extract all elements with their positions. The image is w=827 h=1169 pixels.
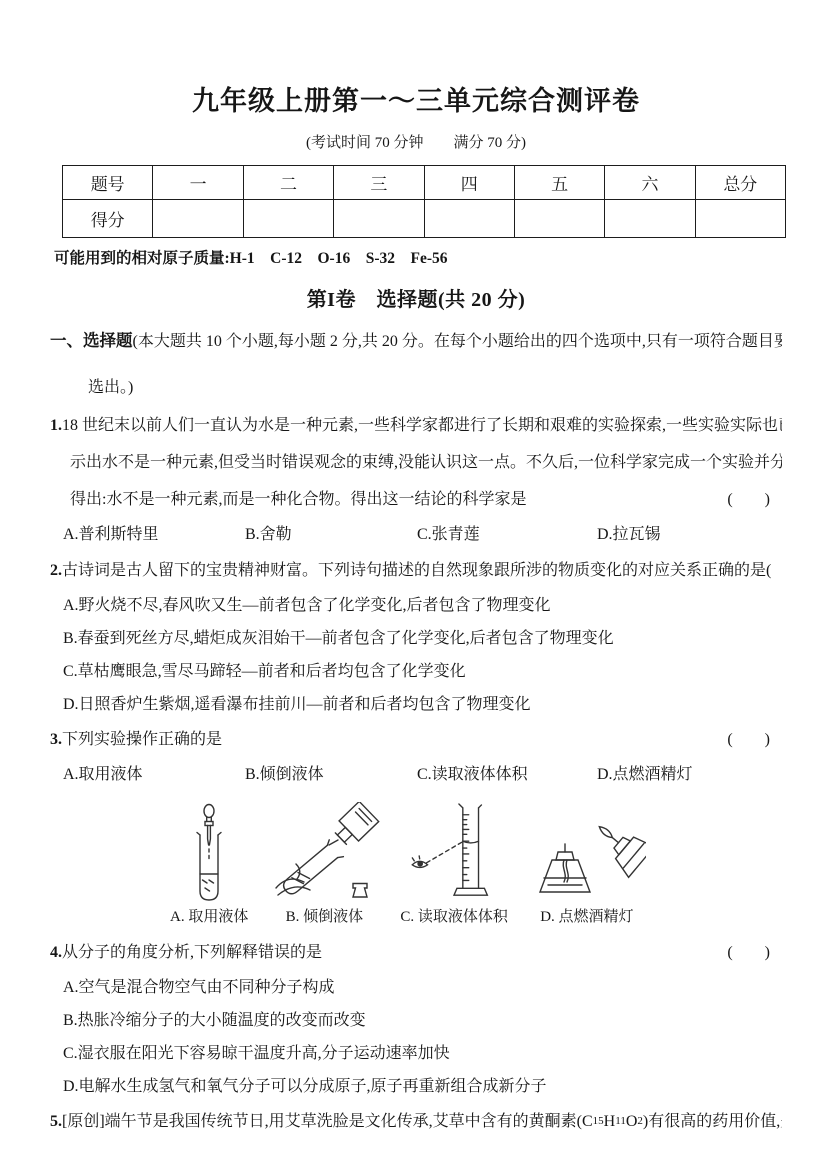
option-d: D.拉瓦锡 bbox=[597, 518, 782, 552]
score-table-cell-6: 六 bbox=[605, 166, 695, 200]
question-text: )有很高的药用价值,关于黄 bbox=[643, 1103, 782, 1140]
graduated-cylinder-eye-illustration bbox=[410, 802, 498, 904]
question-3-figures: A. 取用液体 bbox=[170, 802, 782, 928]
score-table-score-row: 得分 bbox=[63, 200, 786, 238]
question-number: 5. bbox=[50, 1103, 62, 1140]
option-a: A.普利斯特里 bbox=[63, 518, 245, 552]
question-text: 3.下列实验操作正确的是 bbox=[50, 721, 222, 758]
question-1: 1.18 世纪末以前人们一直认为水是一种元素,一些科学家都进行了长期和艰难的实验… bbox=[50, 407, 782, 552]
figure-read-volume: C. 读取液体体积 bbox=[400, 802, 508, 928]
question-5: 5.[原创]端午节是我国传统节日,用艾草洗脸是文化传承,艾草中含有的黄酮素(C1… bbox=[50, 1103, 782, 1140]
question-1-line-1: 1.18 世纪末以前人们一直认为水是一种元素,一些科学家都进行了长期和艰难的实验… bbox=[50, 407, 782, 444]
option-d: D.日照香炉生紫烟,遥看瀑布挂前川—前者和后者均包含了物理变化 bbox=[50, 688, 782, 721]
section-heading: 第I卷 选择题(共 20 分) bbox=[50, 286, 782, 314]
option-d: D.电解水生成氢气和氧气分子可以分成原子,原子再重新组合成新分子 bbox=[50, 1070, 782, 1103]
alcohol-lamp-lighting-illustration bbox=[528, 802, 646, 904]
question-text: 得出:水不是一种元素,而是一种化合物。得出这一结论的科学家是 bbox=[70, 481, 526, 518]
question-4: 4.从分子的角度分析,下列解释错误的是( ) A.空气是混合物空气由不同种分子构… bbox=[50, 934, 782, 1103]
question-1-line-2: 示出水不是一种元素,但受当时错误观念的束缚,没能认识这一点。不久后,一位科学家完… bbox=[50, 444, 782, 481]
part-note: (本大题共 10 个小题,每小题 2 分,共 20 分。在每个小题给出的四个选项… bbox=[133, 333, 783, 350]
option-d: D.点燃酒精灯 bbox=[597, 758, 782, 792]
score-table-cell-5: 五 bbox=[514, 166, 604, 200]
question-text: H bbox=[604, 1103, 616, 1140]
question-text: 下列实验操作正确的是 bbox=[62, 731, 222, 748]
pouring-liquid-illustration bbox=[268, 802, 380, 904]
question-3-stem: 3.下列实验操作正确的是( ) bbox=[50, 721, 782, 758]
question-3-options: A.取用液体 B.倾倒液体 C.读取液体体积 D.点燃酒精灯 bbox=[50, 758, 782, 792]
answer-bracket: ( ) bbox=[727, 481, 782, 518]
option-b: B.倾倒液体 bbox=[245, 758, 417, 792]
question-2: 2.古诗词是古人留下的宝贵精神财富。下列诗句描述的自然现象跟所涉的物质变化的对应… bbox=[50, 552, 782, 721]
option-b: B.热胀冷缩分子的大小随温度的改变而改变 bbox=[50, 1004, 782, 1037]
option-a: A.野火烧不尽,春风吹又生—前者包含了化学变化,后者包含了物理变化 bbox=[50, 589, 782, 622]
dropper-test-tube-illustration bbox=[181, 802, 237, 904]
question-1-line-3: 得出:水不是一种元素,而是一种化合物。得出这一结论的科学家是( ) bbox=[50, 481, 782, 518]
question-text: 2.古诗词是古人留下的宝贵精神财富。下列诗句描述的自然现象跟所涉的物质变化的对应… bbox=[50, 552, 766, 589]
question-text: 古诗词是古人留下的宝贵精神财富。下列诗句描述的自然现象跟所涉的物质变化的对应关系… bbox=[62, 562, 766, 579]
question-text: 18 世纪末以前人们一直认为水是一种元素,一些科学家都进行了长期和艰难的实验探索… bbox=[62, 417, 782, 434]
score-table-cell-label: 题号 bbox=[63, 166, 153, 200]
exam-paper-page: 九年级上册第一～三单元综合测评卷 (考试时间 70 分钟 满分 70 分) 题号… bbox=[0, 0, 827, 1169]
part-instruction-line1: 一、选择题(本大题共 10 个小题,每小题 2 分,共 20 分。在每个小题给出… bbox=[50, 322, 782, 361]
figure-caption: C. 读取液体体积 bbox=[400, 906, 508, 928]
page-title: 九年级上册第一～三单元综合测评卷 bbox=[50, 84, 782, 118]
score-table-cell-3: 三 bbox=[334, 166, 424, 200]
score-cell-empty bbox=[695, 200, 785, 238]
score-table-header-row: 题号 一 二 三 四 五 六 总分 bbox=[63, 166, 786, 200]
atomic-mass-note: 可能用到的相对原子质量:H-1 C-12 O-16 S-32 Fe-56 bbox=[54, 248, 782, 270]
question-number: 1. bbox=[50, 417, 62, 434]
score-cell-empty bbox=[334, 200, 424, 238]
answer-bracket: ( ) bbox=[766, 552, 782, 589]
option-b: B.春蚕到死丝方尽,蜡炬成灰泪始干—前者包含了化学变化,后者包含了物理变化 bbox=[50, 622, 782, 655]
score-table-cell-total: 总分 bbox=[695, 166, 785, 200]
score-table-cell-4: 四 bbox=[424, 166, 514, 200]
question-text: 从分子的角度分析,下列解释错误的是 bbox=[62, 944, 322, 961]
question-number: 2. bbox=[50, 562, 62, 579]
score-table-cell-1: 一 bbox=[153, 166, 243, 200]
score-table-cell-2: 二 bbox=[243, 166, 333, 200]
score-cell-empty bbox=[424, 200, 514, 238]
score-row-label: 得分 bbox=[63, 200, 153, 238]
question-1-options: A.普利斯特里 B.舍勒 C.张青莲 D.拉瓦锡 bbox=[50, 518, 782, 552]
option-c: C.湿衣服在阳光下容易晾干温度升高,分子运动速率加快 bbox=[50, 1037, 782, 1070]
score-cell-empty bbox=[605, 200, 695, 238]
figure-light-lamp: D. 点燃酒精灯 bbox=[528, 802, 646, 928]
option-b: B.舍勒 bbox=[245, 518, 417, 552]
option-a: A.空气是混合物空气由不同种分子构成 bbox=[50, 971, 782, 1004]
option-c: C.草枯鹰眼急,雪尽马蹄轻—前者和后者均包含了化学变化 bbox=[50, 655, 782, 688]
score-cell-empty bbox=[514, 200, 604, 238]
question-number: 3. bbox=[50, 731, 62, 748]
figure-pour-liquid: B. 倾倒液体 bbox=[268, 802, 380, 928]
figure-caption: D. 点燃酒精灯 bbox=[540, 906, 633, 928]
part-title: 一、选择题 bbox=[50, 331, 133, 350]
option-c: C.读取液体体积 bbox=[417, 758, 597, 792]
figure-take-liquid: A. 取用液体 bbox=[170, 802, 248, 928]
answer-bracket: ( ) bbox=[727, 934, 782, 971]
exam-info: (考试时间 70 分钟 满分 70 分) bbox=[50, 133, 782, 153]
part-instruction-line2: 选出。) bbox=[50, 369, 782, 407]
question-text: O bbox=[626, 1103, 638, 1140]
question-5-line-1: 5.[原创]端午节是我国传统节日,用艾草洗脸是文化传承,艾草中含有的黄酮素(C1… bbox=[50, 1103, 782, 1140]
question-2-stem: 2.古诗词是古人留下的宝贵精神财富。下列诗句描述的自然现象跟所涉的物质变化的对应… bbox=[50, 552, 782, 589]
question-4-stem: 4.从分子的角度分析,下列解释错误的是( ) bbox=[50, 934, 782, 971]
option-a: A.取用液体 bbox=[63, 758, 245, 792]
score-cell-empty bbox=[243, 200, 333, 238]
answer-bracket: ( ) bbox=[727, 721, 782, 758]
score-cell-empty bbox=[153, 200, 243, 238]
question-text: 4.从分子的角度分析,下列解释错误的是 bbox=[50, 934, 322, 971]
figure-caption: A. 取用液体 bbox=[170, 906, 248, 928]
formula-subscript: 15 bbox=[593, 1103, 604, 1140]
score-table: 题号 一 二 三 四 五 六 总分 得分 bbox=[62, 165, 786, 238]
option-c: C.张青莲 bbox=[417, 518, 597, 552]
question-3: 3.下列实验操作正确的是( ) A.取用液体 B.倾倒液体 C.读取液体体积 D… bbox=[50, 721, 782, 928]
question-text: [原创]端午节是我国传统节日,用艾草洗脸是文化传承,艾草中含有的黄酮素(C bbox=[62, 1103, 593, 1140]
figure-caption: B. 倾倒液体 bbox=[286, 906, 364, 928]
formula-subscript: 11 bbox=[615, 1103, 626, 1140]
question-number: 4. bbox=[50, 944, 62, 961]
